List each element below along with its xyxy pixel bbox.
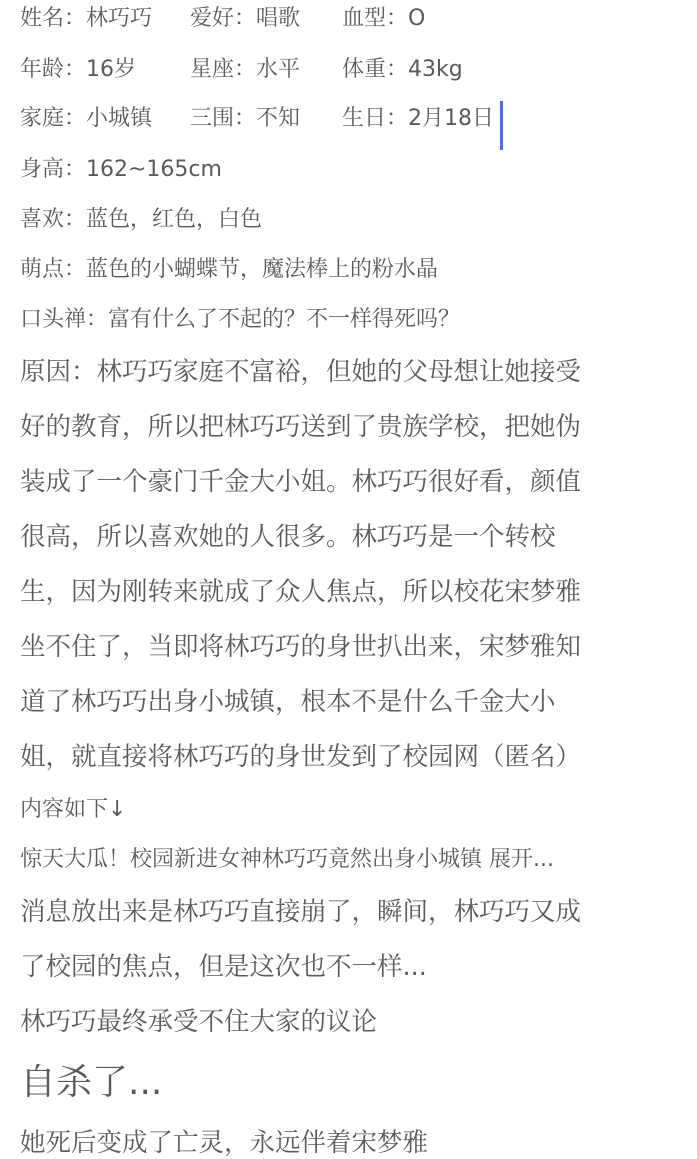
couldnt-bear-line: 林巧巧最终承受不住大家的议论 [20, 1004, 377, 1040]
reason-line-8: 姐，就直接将林巧巧的身世发到了校园网（匿名） [20, 739, 581, 775]
profile-row-3: 家庭：小城镇 三围：不知 生日：2月18日 [20, 104, 690, 134]
suicide-line: 自杀了... [20, 1061, 162, 1105]
age-field: 年龄：16岁 [20, 55, 136, 85]
blood-type-label: 血型： [342, 6, 408, 31]
zodiac-field: 星座：水平 [190, 55, 300, 85]
content-below-line: 内容如下↓ [20, 795, 126, 825]
name-field: 姓名：林巧巧 [20, 4, 152, 34]
age-value: 16岁 [86, 57, 136, 82]
birthday-label: 生日： [342, 106, 408, 131]
family-label: 家庭： [20, 106, 86, 131]
reason-line-1: 原因：林巧巧家庭不富裕，但她的父母想让她接受 [20, 354, 581, 390]
ghost-line: 她死后变成了亡灵，永远伴着宋梦雅 [20, 1125, 428, 1159]
family-value: 小城镇 [86, 106, 152, 131]
reason-line-7: 道了林巧巧出身小城镇，根本不是什么千金大小 [20, 684, 556, 720]
reason-line-2: 好的教育，所以把林巧巧送到了贵族学校，把她伪 [20, 409, 581, 445]
catchphrase-line: 口头禅：富有什么了不起的？不一样得死吗？ [20, 305, 460, 335]
zodiac-label: 星座： [190, 57, 256, 82]
hobby-label: 爱好： [190, 6, 256, 31]
height-line: 身高：162~165cm [20, 155, 222, 185]
zodiac-value: 水平 [256, 57, 300, 82]
name-label: 姓名： [20, 6, 86, 31]
reason-line-6: 坐不住了，当即将林巧巧的身世扒出来，宋梦雅知 [20, 629, 581, 665]
profile-row-1: 姓名：林巧巧 爱好：唱歌 血型：O [20, 4, 690, 34]
blood-type-value: O [408, 6, 425, 31]
blood-type-field: 血型：O [342, 4, 425, 34]
reason-line-5: 生，因为刚转来就成了众人焦点，所以校花宋梦雅 [20, 574, 581, 610]
name-value: 林巧巧 [86, 6, 152, 31]
measurements-field: 三围：不知 [190, 104, 300, 134]
cute-points-line: 萌点：蓝色的小蝴蝶节，魔法棒上的粉水晶 [20, 255, 438, 285]
measurements-label: 三围： [190, 106, 256, 131]
after-line-1: 消息放出来是林巧巧直接崩了，瞬间，林巧巧又成 [20, 894, 581, 930]
weight-field: 体重：43kg [342, 55, 463, 85]
weight-value: 43kg [408, 57, 463, 82]
text-cursor [500, 101, 503, 150]
family-field: 家庭：小城镇 [20, 104, 152, 134]
likes-line: 喜欢：蓝色，红色，白色 [20, 205, 262, 235]
birthday-field: 生日：2月18日 [342, 104, 494, 134]
measurements-value: 不知 [256, 106, 300, 131]
after-line-2: 了校园的焦点，但是这次也不一样... [20, 949, 427, 985]
hobby-field: 爱好：唱歌 [190, 4, 300, 34]
reason-line-4: 很高，所以喜欢她的人很多。林巧巧是一个转校 [20, 519, 556, 555]
weight-label: 体重： [342, 57, 408, 82]
headline-line: 惊天大瓜！校园新进女神林巧巧竟然出身小城镇 展开... [20, 845, 554, 875]
reason-line-3: 装成了一个豪门千金大小姐。林巧巧很好看，颜值 [20, 464, 581, 500]
hobby-value: 唱歌 [256, 6, 300, 31]
age-label: 年龄： [20, 57, 86, 82]
birthday-value: 2月18日 [408, 106, 494, 131]
profile-row-2: 年龄：16岁 星座：水平 体重：43kg [20, 55, 690, 85]
